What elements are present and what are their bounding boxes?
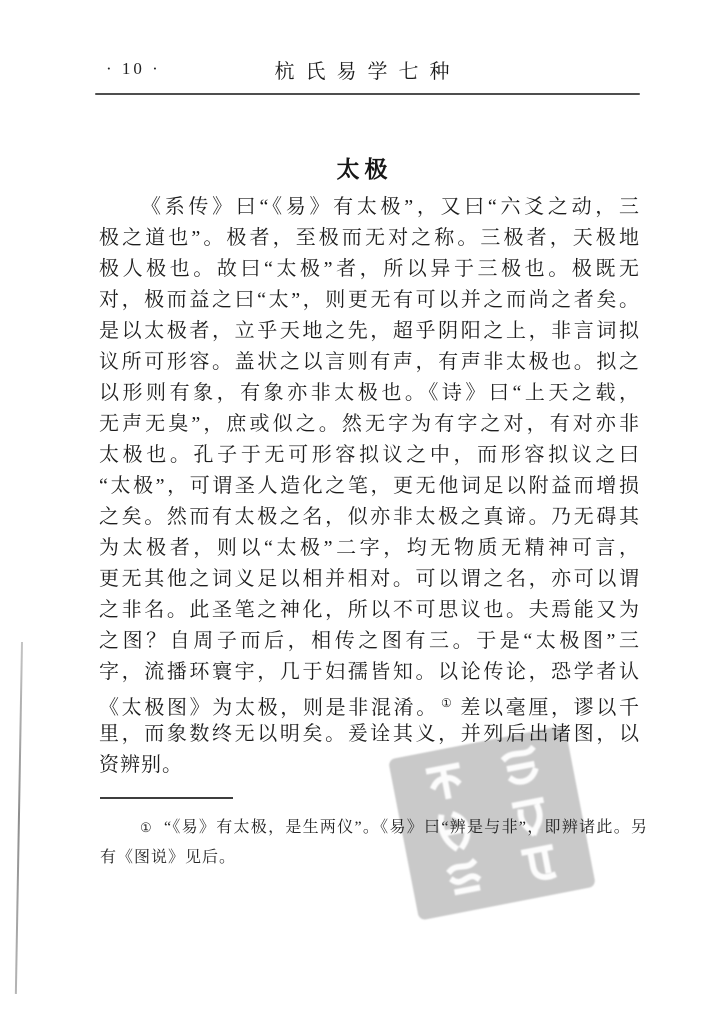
- body-line-segment: 《太极图》为太极，则是非混淆。: [99, 697, 439, 719]
- body-line: 为太极者，则以“太极”二字，均无物质无精神可言，: [99, 533, 640, 564]
- body-line-segment: 差以毫厘，谬以千: [460, 697, 640, 719]
- body-line: 资辨别。: [99, 750, 640, 781]
- body-line: 是以太极者，立乎天地之先，超乎阴阳之上，非言词拟: [99, 316, 640, 347]
- article-title: 太极: [0, 151, 724, 184]
- footnote-marker: ①: [140, 820, 152, 835]
- footnote-line: ①“《易》有太极，是生两仪”。《易》曰“辨是与非”，即辨诸此。另: [100, 813, 648, 842]
- footnote-rule: [100, 797, 233, 799]
- body-line: 里，而象数终无以明矣。爰诠其义，并列后出诸图，以: [99, 719, 640, 750]
- body-line: 之图？自周子而后，相传之图有三。于是“太极图”三: [99, 626, 640, 657]
- body-line: 《系传》曰“《易》有太极”，又曰“六爻之动，三: [99, 192, 640, 223]
- body-line: 极人极也。故曰“太极”者，所以异于三极也。极既无: [99, 254, 640, 285]
- body-line: 议所可形容。盖状之以言则有声，有声非太极也。拟之: [99, 347, 640, 378]
- footnote-line: 有《图说》见后。: [100, 843, 648, 872]
- body-line: 更无其他之词义足以相并相对。可以谓之名，亦可以谓: [99, 564, 640, 595]
- body-line: 无声无臭”，庶或似之。然无字为有字之对，有对亦非: [99, 409, 640, 440]
- body-line: 字，流播环寰宇，几于妇孺皆知。以论传论，恐学者认: [99, 657, 640, 688]
- body-line: 之非名。此圣笔之神化，所以不可思议也。夫焉能又为: [99, 595, 640, 626]
- body-line: 以形则有象，有象亦非太极也。《诗》曰“上天之载，: [99, 378, 640, 409]
- running-title: 杭氏易学七种: [0, 55, 724, 84]
- scanned-book-page: · 10 · 杭氏易学七种 太极 《系传》曰“《易》有太极”，又曰“六爻之动，三…: [0, 0, 724, 1024]
- body-line: 极之道也”。极者，至极而无对之称。三极者，天极地: [99, 223, 640, 254]
- body-line: 对，极而益之曰“太”，则更无有可以并之而尚之者矣。: [99, 285, 640, 316]
- body-line: 太极也。孔子于无可形容拟议之中，而形容拟议之曰: [99, 440, 640, 471]
- header-rule: [95, 93, 640, 95]
- body-line: “太极”，可谓圣人造化之笔，更无他词足以附益而增损: [99, 471, 640, 502]
- body-line-with-footnote-ref: 《太极图》为太极，则是非混淆。①差以毫厘，谬以千: [99, 688, 640, 719]
- scan-spine-artifact: [15, 642, 23, 994]
- body-line: 之矣。然而有太极之名，似亦非太极之真谛。乃无碍其: [99, 502, 640, 533]
- footnote-text: “《易》有太极，是生两仪”。《易》曰“辨是与非”，即辨诸此。另: [164, 819, 648, 836]
- article-body: 《系传》曰“《易》有太极”，又曰“六爻之动，三 极之道也”。极者，至极而无对之称…: [99, 192, 640, 781]
- footnote-reference-mark: ①: [441, 696, 453, 710]
